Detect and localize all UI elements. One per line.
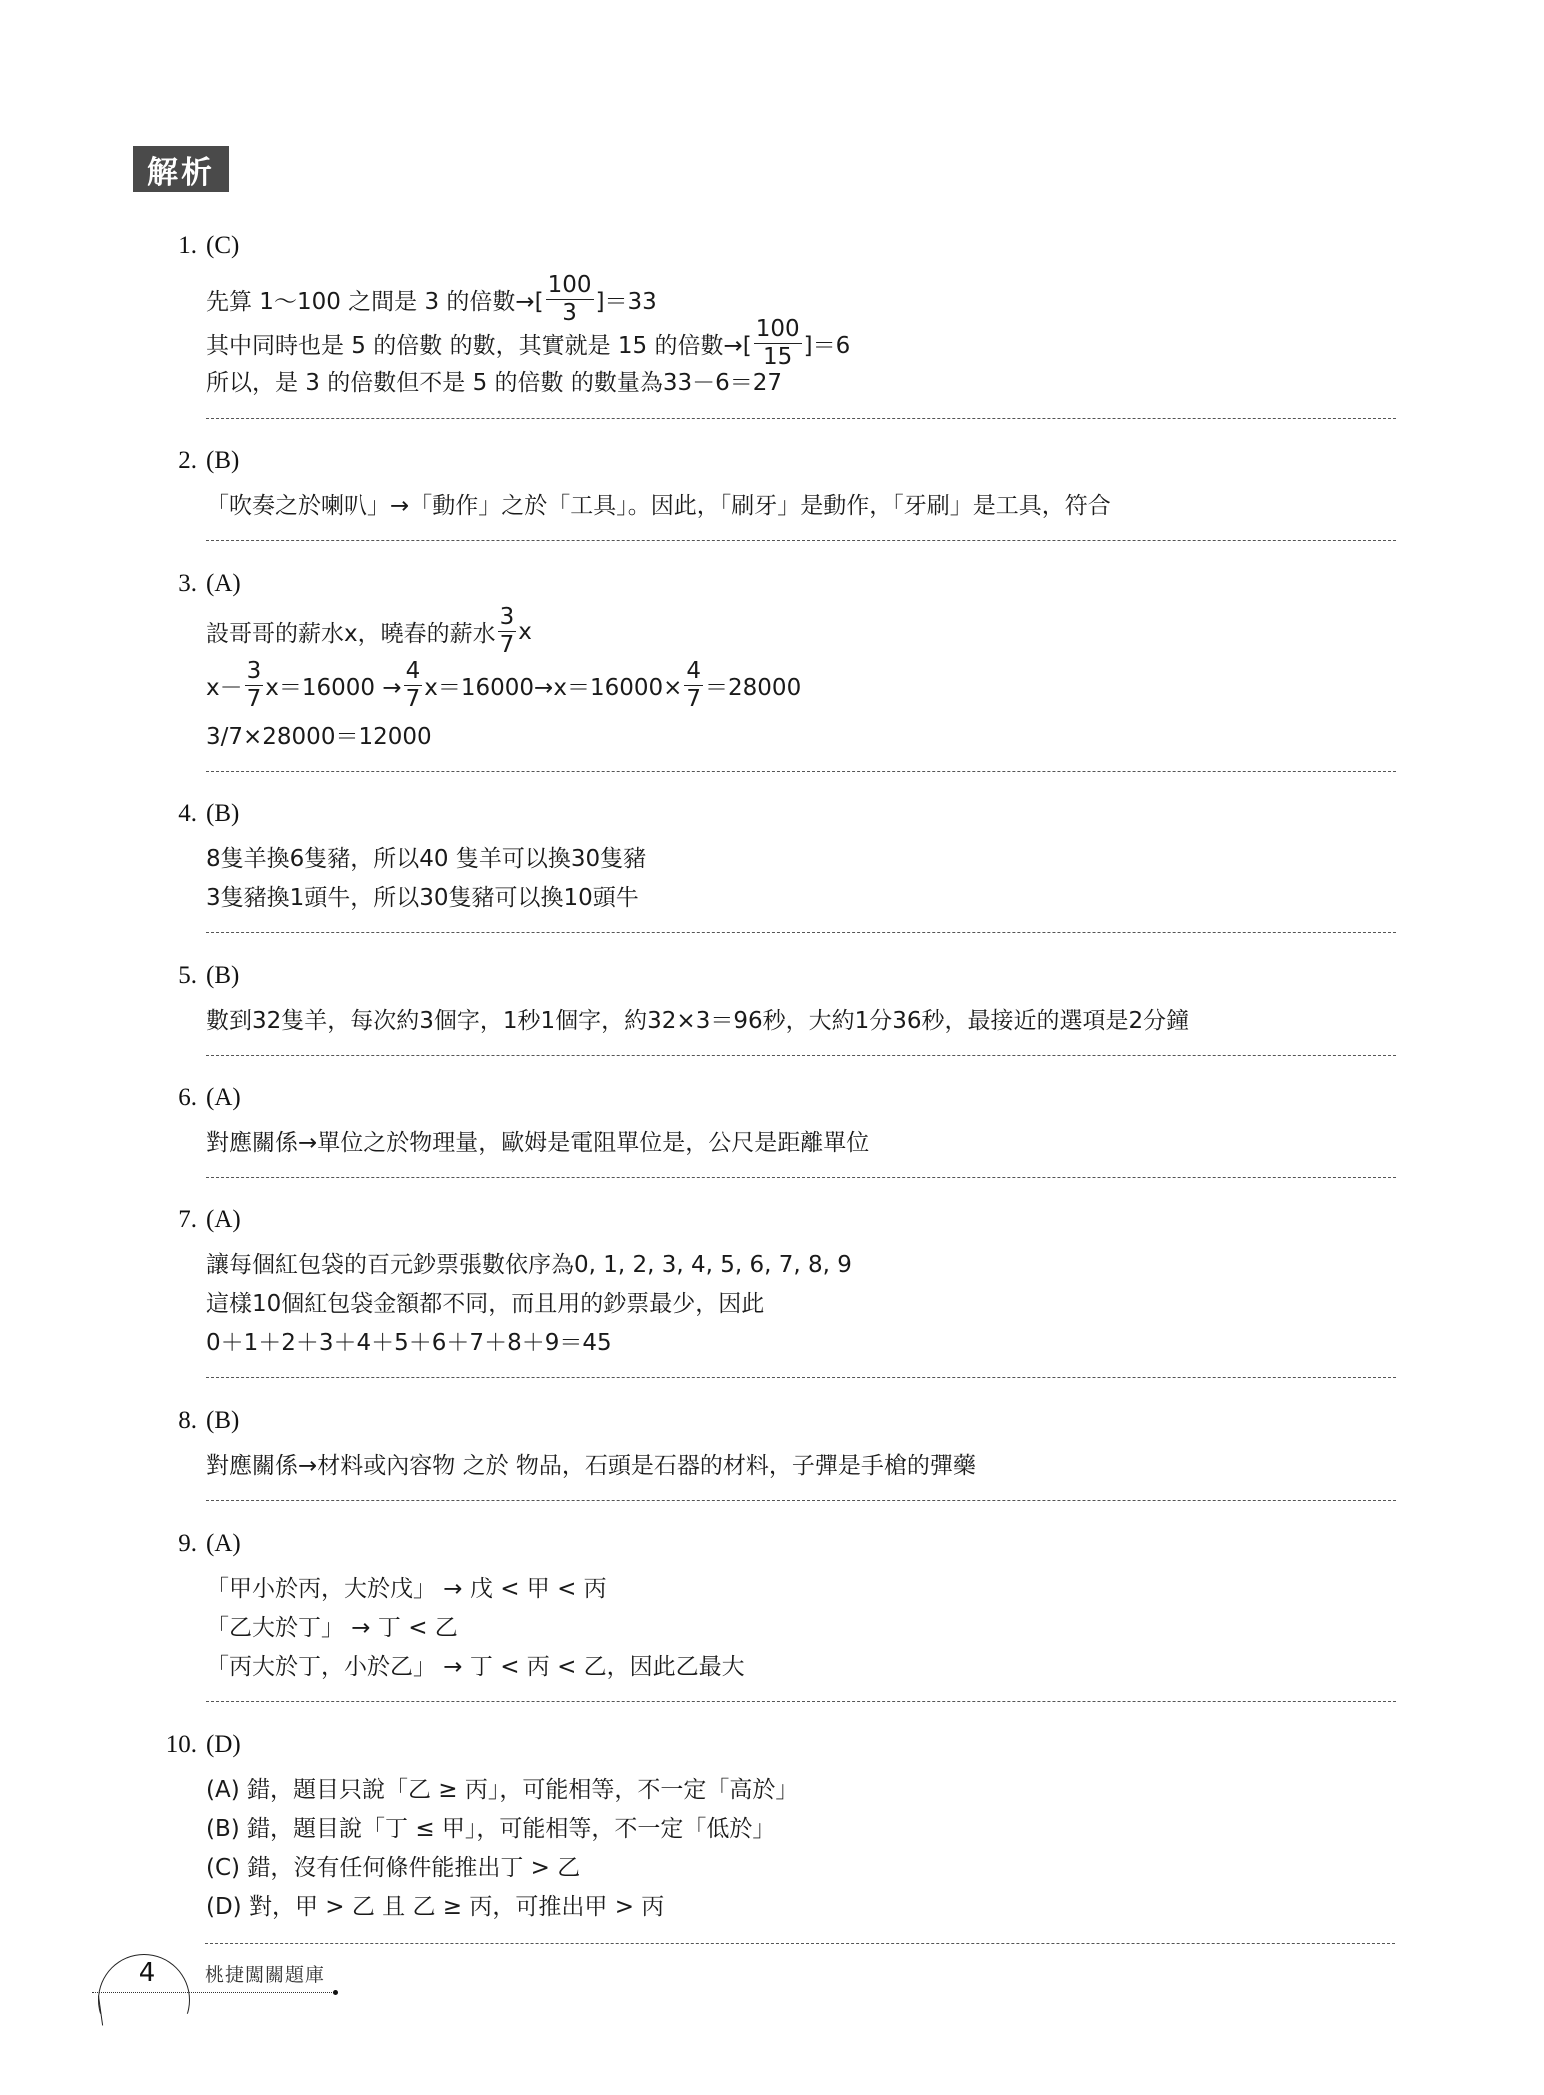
book-title: 桃捷闖關題庫 bbox=[205, 1960, 325, 1987]
problem-number: 2. bbox=[157, 447, 197, 475]
text-segment: 3隻豬換1頭牛，所以30隻豬可以換10頭牛 bbox=[206, 879, 639, 912]
explanation-line: 3隻豬換1頭牛，所以30隻豬可以換10頭牛 bbox=[206, 879, 639, 912]
problem-answer: (C) bbox=[206, 232, 239, 260]
fraction-numerator: 100 bbox=[754, 318, 802, 344]
text-segment: 0＋1＋2＋3＋4＋5＋6＋7＋8＋9＝45 bbox=[206, 1324, 612, 1357]
text-segment: ＝28000 bbox=[705, 669, 801, 702]
problem-number: 8. bbox=[157, 1407, 197, 1435]
fraction-numerator: 4 bbox=[684, 660, 703, 686]
text-segment: 對應關係→材料或內容物 之於 物品，石頭是石器的材料，子彈是手槍的彈藥 bbox=[206, 1447, 976, 1480]
dashed-divider bbox=[206, 1377, 1396, 1378]
explanation-line: 「乙大於丁」 → 丁 < 乙 bbox=[206, 1609, 458, 1642]
text-segment: 所以，是 3 的倍數但不是 5 的倍數 的數量為33－6＝27 bbox=[206, 364, 782, 397]
dashed-divider bbox=[206, 1177, 1396, 1178]
problem-answer: (B) bbox=[206, 447, 239, 475]
dashed-divider bbox=[206, 1055, 1396, 1056]
dashed-divider bbox=[206, 1701, 1396, 1702]
problem-number: 4. bbox=[157, 800, 197, 828]
explanation-line: (B) 錯，題目說「丁 ≤ 甲」，可能相等，不一定「低於」 bbox=[206, 1810, 775, 1843]
fraction-numerator: 100 bbox=[546, 274, 594, 300]
problem-answer: (A) bbox=[206, 1530, 241, 1558]
explanation-line: 3/7×28000＝12000 bbox=[206, 718, 432, 751]
problem-number: 1. bbox=[157, 232, 197, 260]
fraction-numerator: 3 bbox=[498, 606, 517, 632]
text-segment: 8隻羊換6隻豬，所以40 隻羊可以換30隻豬 bbox=[206, 840, 646, 873]
text-segment: 3/7×28000＝12000 bbox=[206, 718, 432, 751]
text-segment: (A) 錯，題目只說「乙 ≥ 丙」，可能相等，不一定「高於」 bbox=[206, 1771, 798, 1804]
explanation-line: 「吹奏之於喇叭」→「動作」之於「工具」。因此，「刷牙」是動作，「牙刷」是工具，符… bbox=[206, 487, 1111, 520]
fraction-denominator: 7 bbox=[500, 632, 515, 657]
section-title: 解析 bbox=[133, 146, 229, 192]
explanation-line: 對應關係→單位之於物理量，歐姆是電阻單位是，公尺是距離單位 bbox=[206, 1124, 869, 1157]
explanation-line: 數到32隻羊，每次約3個字，1秒1個字，約32×3＝96秒，大約1分36秒，最接… bbox=[206, 1002, 1189, 1035]
problem-answer: (A) bbox=[206, 1206, 241, 1234]
problem-answer: (D) bbox=[206, 1731, 241, 1759]
fraction-denominator: 7 bbox=[686, 686, 701, 711]
explanation-line: 讓每個紅包袋的百元鈔票張數依序為0, 1, 2, 3, 4, 5, 6, 7, … bbox=[206, 1246, 852, 1279]
explanation-line: 所以，是 3 的倍數但不是 5 的倍數 的數量為33－6＝27 bbox=[206, 364, 782, 397]
explanation-line: x－ 3 7 x＝16000 → 4 7 x＝16000→x＝16000× 4 … bbox=[206, 660, 801, 711]
text-segment: x bbox=[518, 619, 532, 645]
text-segment: 設哥哥的薪水x，曉春的薪水 bbox=[206, 615, 496, 648]
explanation-line: (D) 對，甲 > 乙 且 乙 ≥ 丙，可推出甲 > 丙 bbox=[206, 1888, 664, 1921]
explanation-line: 這樣10個紅包袋金額都不同，而且用的鈔票最少，因此 bbox=[206, 1285, 764, 1318]
explanation-line: (A) 錯，題目只說「乙 ≥ 丙」，可能相等，不一定「高於」 bbox=[206, 1771, 798, 1804]
dashed-divider bbox=[206, 540, 1396, 541]
fraction-numerator: 3 bbox=[245, 660, 264, 686]
problem-answer: (B) bbox=[206, 800, 239, 828]
explanation-line: 0＋1＋2＋3＋4＋5＋6＋7＋8＋9＝45 bbox=[206, 1324, 612, 1357]
text-segment: 「丙大於丁，小於乙」 → 丁 < 丙 < 乙，因此乙最大 bbox=[206, 1648, 745, 1681]
explanation-line: 其中同時也是 5 的倍數 的數，其實就是 15 的倍數→[ 100 15 ]＝6 bbox=[206, 318, 850, 369]
fraction: 4 7 bbox=[684, 660, 703, 711]
text-segment: 讓每個紅包袋的百元鈔票張數依序為0, 1, 2, 3, 4, 5, 6, 7, … bbox=[206, 1246, 852, 1279]
fraction: 3 7 bbox=[498, 606, 517, 657]
text-segment: 這樣10個紅包袋金額都不同，而且用的鈔票最少，因此 bbox=[206, 1285, 764, 1318]
text-segment: 「甲小於丙，大於戊」 → 戊 < 甲 < 丙 bbox=[206, 1570, 607, 1603]
text-segment: (C) 錯，沒有任何條件能推出丁 > 乙 bbox=[206, 1849, 580, 1882]
problem-answer: (A) bbox=[206, 570, 241, 598]
text-segment: 其中同時也是 5 的倍數 的數，其實就是 15 的倍數→[ bbox=[206, 327, 752, 360]
fraction-denominator: 7 bbox=[406, 686, 421, 711]
text-segment: (B) 錯，題目說「丁 ≤ 甲」，可能相等，不一定「低於」 bbox=[206, 1810, 775, 1843]
explanation-line: 對應關係→材料或內容物 之於 物品，石頭是石器的材料，子彈是手槍的彈藥 bbox=[206, 1447, 976, 1480]
text-segment: 數到32隻羊，每次約3個字，1秒1個字，約32×3＝96秒，大約1分36秒，最接… bbox=[206, 1002, 1189, 1035]
explanation-line: (C) 錯，沒有任何條件能推出丁 > 乙 bbox=[206, 1849, 580, 1882]
dashed-divider bbox=[206, 418, 1396, 419]
text-segment: x＝16000→x＝16000× bbox=[424, 669, 682, 702]
text-segment: x＝16000 → bbox=[265, 669, 401, 702]
page-number: 4 bbox=[132, 1958, 162, 1988]
dotted-rule bbox=[92, 1992, 334, 1993]
fraction: 100 15 bbox=[754, 318, 802, 369]
explanation-line: 「甲小於丙，大於戊」 → 戊 < 甲 < 丙 bbox=[206, 1570, 607, 1603]
problem-answer: (A) bbox=[206, 1084, 241, 1112]
dashed-divider bbox=[206, 1500, 1396, 1501]
dashed-divider bbox=[206, 771, 1396, 772]
explanation-line: 「丙大於丁，小於乙」 → 丁 < 丙 < 乙，因此乙最大 bbox=[206, 1648, 745, 1681]
dashed-divider bbox=[205, 1943, 1395, 1944]
dashed-divider bbox=[206, 932, 1396, 933]
problem-answer: (B) bbox=[206, 1407, 239, 1435]
text-segment: 對應關係→單位之於物理量，歐姆是電阻單位是，公尺是距離單位 bbox=[206, 1124, 869, 1157]
fraction-denominator: 7 bbox=[247, 686, 262, 711]
text-segment: ]＝33 bbox=[596, 283, 657, 316]
problem-number: 5. bbox=[157, 962, 197, 990]
text-segment: 「吹奏之於喇叭」→「動作」之於「工具」。因此，「刷牙」是動作，「牙刷」是工具，符… bbox=[206, 487, 1111, 520]
text-segment: x－ bbox=[206, 669, 243, 702]
fraction: 3 7 bbox=[245, 660, 264, 711]
problem-number: 7. bbox=[157, 1206, 197, 1234]
fraction: 4 7 bbox=[404, 660, 423, 711]
problem-number: 9. bbox=[157, 1530, 197, 1558]
fraction-numerator: 4 bbox=[404, 660, 423, 686]
dot-decoration bbox=[333, 1990, 338, 1995]
explanation-line: 設哥哥的薪水x，曉春的薪水 3 7 x bbox=[206, 606, 532, 657]
problem-number: 6. bbox=[157, 1084, 197, 1112]
problem-answer: (B) bbox=[206, 962, 239, 990]
problem-number: 3. bbox=[157, 570, 197, 598]
text-segment: 先算 1～100 之間是 3 的倍數→[ bbox=[206, 283, 544, 316]
explanation-line: 8隻羊換6隻豬，所以40 隻羊可以換30隻豬 bbox=[206, 840, 646, 873]
text-segment: ]＝6 bbox=[804, 327, 851, 360]
text-segment: (D) 對，甲 > 乙 且 乙 ≥ 丙，可推出甲 > 丙 bbox=[206, 1888, 664, 1921]
problem-number: 10. bbox=[147, 1731, 197, 1759]
text-segment: 「乙大於丁」 → 丁 < 乙 bbox=[206, 1609, 458, 1642]
